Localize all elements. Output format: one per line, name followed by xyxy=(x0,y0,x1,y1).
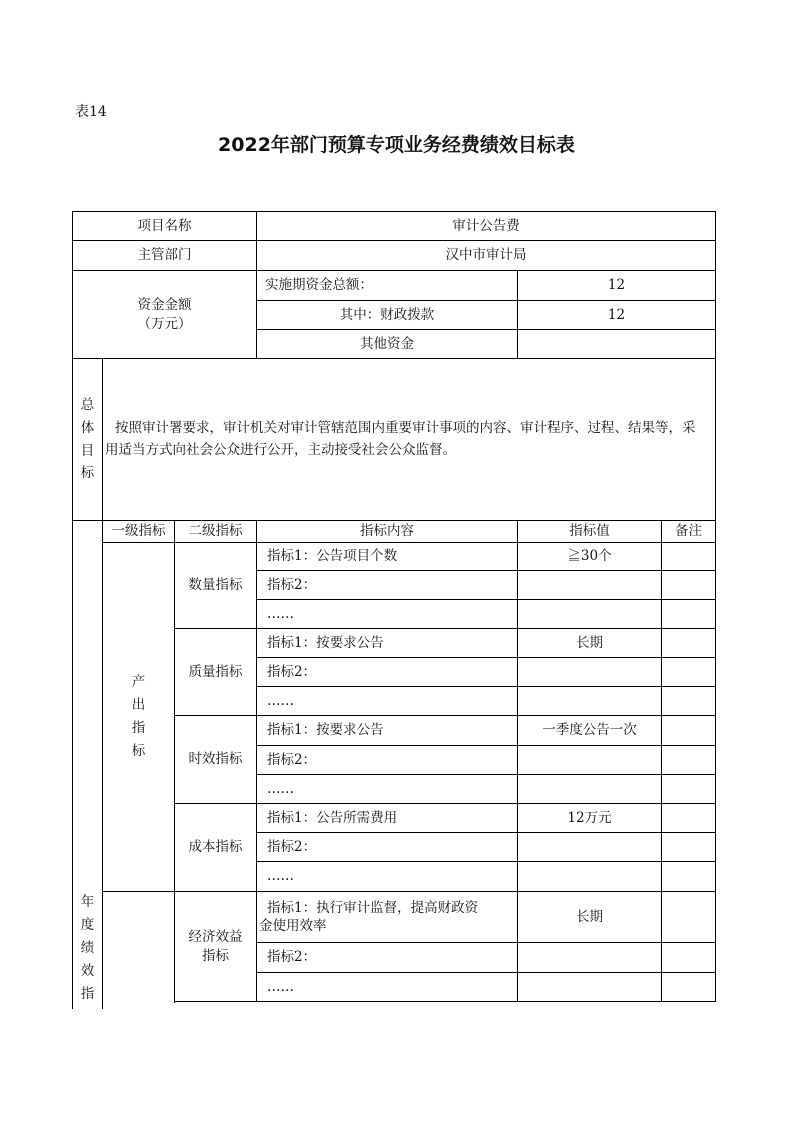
indicator-content: …… xyxy=(256,972,518,1002)
indicator-note xyxy=(661,628,716,658)
indicator-note xyxy=(661,542,716,571)
indicator-value: ≧30个 xyxy=(517,542,662,571)
indicator-note xyxy=(661,599,716,629)
indicator-note xyxy=(661,891,716,943)
level1-effect xyxy=(102,891,175,1021)
indicator-content: 指标2： xyxy=(256,657,518,687)
header-level2: 二级指标 xyxy=(174,520,257,543)
indicator-content: …… xyxy=(256,599,518,629)
header-value: 指标值 xyxy=(517,520,662,543)
overall-goal-label: 总体目标 xyxy=(72,358,103,521)
indicator-note xyxy=(661,972,716,1002)
indicator-content: 指标1：公告项目个数 xyxy=(256,542,518,571)
indicator-value xyxy=(517,686,662,716)
indicator-note xyxy=(661,942,716,973)
level2-quality: 质量指标 xyxy=(174,628,257,716)
indicator-value: 长期 xyxy=(517,891,662,943)
header-content: 指标内容 xyxy=(256,520,518,543)
indicator-value xyxy=(517,972,662,1002)
dept-label: 主管部门 xyxy=(72,240,257,271)
indicator-content-line2: 金使用效率 xyxy=(259,917,327,935)
indicator-value xyxy=(517,657,662,687)
indicator-content: 指标2： xyxy=(256,832,518,862)
indicator-value xyxy=(517,745,662,775)
column-edge xyxy=(72,1001,73,1009)
project-name-value: 审计公告费 xyxy=(256,211,716,241)
indicator-content-line1: 指标1：执行审计监督，提高财政资 xyxy=(259,899,478,917)
indicator-note xyxy=(661,861,716,892)
indicator-value: 12万元 xyxy=(517,803,662,833)
level1-output: 产出指标 xyxy=(102,542,175,892)
funds-label-line2: （万元） xyxy=(138,315,192,333)
indicator-content: 指标2： xyxy=(256,745,518,775)
level1-output-text: 产出指标 xyxy=(131,671,146,763)
level2-timeliness: 时效指标 xyxy=(174,715,257,804)
overall-goal-text: 按照审计署要求，审计机关对审计管辖范围内重要审计事项的内容、审计程序、过程、结果… xyxy=(102,358,716,521)
table-number: 表14 xyxy=(75,101,107,121)
dept-value: 汉中市审计局 xyxy=(256,240,716,271)
funds-fiscal-value: 12 xyxy=(517,300,716,330)
annual-indicators-label: 年度绩效指标 xyxy=(72,520,103,1020)
funds-label: 资金金额 （万元） xyxy=(72,270,257,359)
indicator-content: 指标2： xyxy=(256,570,518,600)
level2-economic-benefit-line1: 经济效益 xyxy=(189,928,243,946)
indicator-content: 指标1：公告所需费用 xyxy=(256,803,518,833)
overall-goal-content: 按照审计署要求，审计机关对审计管辖范围内重要审计事项的内容、审计程序、过程、结果… xyxy=(105,418,707,461)
indicator-value xyxy=(517,942,662,973)
indicator-note xyxy=(661,832,716,862)
indicator-content: 指标1：按要求公告 xyxy=(256,628,518,658)
indicator-value xyxy=(517,861,662,892)
funds-other-value xyxy=(517,329,716,359)
indicator-content: …… xyxy=(256,774,518,804)
indicator-value xyxy=(517,832,662,862)
indicator-value xyxy=(517,774,662,804)
indicator-note xyxy=(661,745,716,775)
funds-fiscal-label: 其中：财政拨款 xyxy=(256,300,518,330)
level2-cost: 成本指标 xyxy=(174,803,257,892)
indicator-note xyxy=(661,570,716,600)
header-note: 备注 xyxy=(661,520,716,543)
indicator-note xyxy=(661,803,716,833)
column-edge xyxy=(102,1001,103,1009)
funds-other-label: 其他资金 xyxy=(256,329,518,359)
indicator-value: 一季度公告一次 xyxy=(517,715,662,746)
level2-economic-benefit: 经济效益 指标 xyxy=(174,891,257,1002)
level2-quantity: 数量指标 xyxy=(174,542,257,629)
funds-total-value: 12 xyxy=(517,270,716,301)
indicator-value: 长期 xyxy=(517,628,662,658)
indicator-value xyxy=(517,599,662,629)
overall-goal-label-text: 总体目标 xyxy=(80,394,95,486)
funds-label-line1: 资金金额 xyxy=(138,296,192,314)
project-name-label: 项目名称 xyxy=(72,211,257,241)
document-title: 2022年部门预算专项业务经费绩效目标表 xyxy=(0,130,793,157)
header-level1: 一级指标 xyxy=(102,520,175,543)
indicator-note xyxy=(661,657,716,687)
level2-economic-benefit-line2: 指标 xyxy=(202,947,229,965)
indicator-note xyxy=(661,774,716,804)
indicator-value xyxy=(517,570,662,600)
indicator-note xyxy=(661,686,716,716)
indicator-content: 指标1：执行审计监督，提高财政资 金使用效率 xyxy=(256,891,518,943)
indicator-content: 指标1：按要求公告 xyxy=(256,715,518,746)
indicator-note xyxy=(661,715,716,746)
indicator-content: 指标2： xyxy=(256,942,518,973)
indicator-content: …… xyxy=(256,861,518,892)
funds-total-label: 实施期资金总额： xyxy=(256,270,518,301)
indicator-content: …… xyxy=(256,686,518,716)
page-bottom-margin xyxy=(60,1003,760,1122)
